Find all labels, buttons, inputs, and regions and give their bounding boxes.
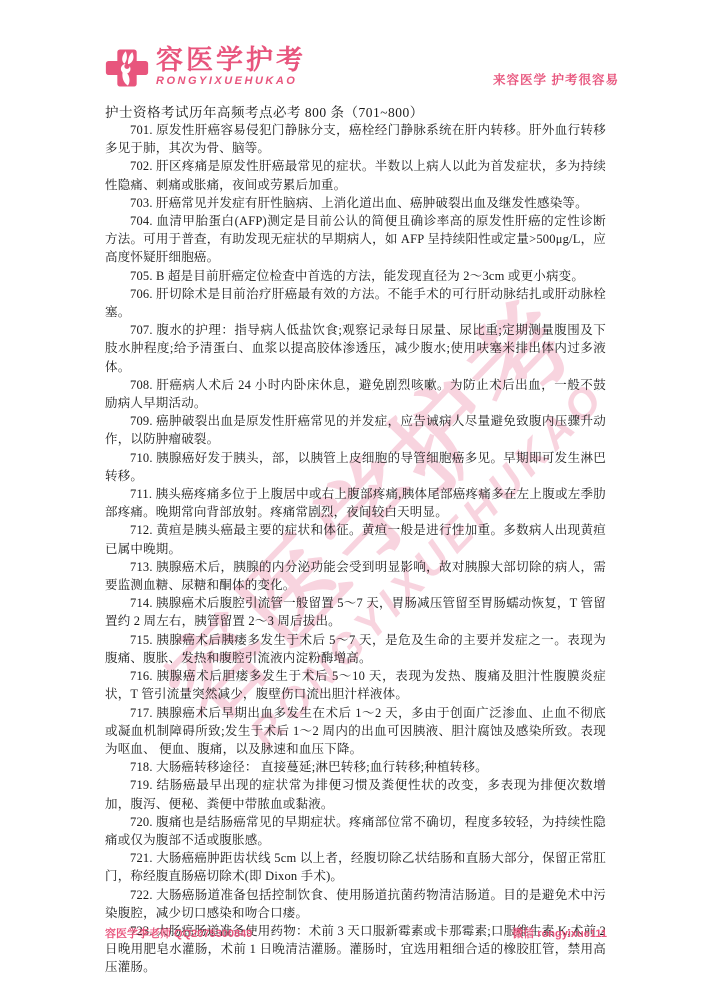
point-number: 717. — [130, 706, 156, 720]
study-point-720: 720. 腹痛也是结肠癌常见的早期症状。疼痛部位常不确切，程度多较轻，为持续性隐… — [105, 813, 606, 849]
header: 容医学护考 RONGYIXUEHUKAO 来容医学 护考很容易 — [105, 46, 619, 90]
study-point-711: 711. 胰头癌疼痛多位于上腹居中或右上腹部疼痛,胰体尾部癌疼痛多在左上腹或左季… — [105, 485, 606, 521]
point-text: 胰腺癌术后胰瘘多发生于术后 5～7 天，是危及生命的主要并发症之一。表现为腹痛、… — [105, 633, 606, 665]
point-number: 718. — [130, 760, 156, 774]
point-text: 腹水的护理：指导病人低盐饮食;观察记录每日尿量、尿比重;定期测量腹围及下肢水肿程… — [105, 323, 606, 373]
point-text: 黄疸是胰头癌最主要的症状和体征。黄疸一般是进行性加重。多数病人出现黄疸已属中晚期… — [105, 523, 606, 555]
study-point-707: 707. 腹水的护理：指导病人低盐饮食;观察记录每日尿量、尿比重;定期测量腹围及… — [105, 321, 606, 376]
point-text: 结肠癌最早出现的症状常为排便习惯及粪便性状的改变，多表现为排便次数增加，腹泻、便… — [105, 778, 606, 810]
study-point-717: 717. 胰腺癌术后早期出血多发生在术后 1～2 天，多由于创面广泛渗血、止血不… — [105, 704, 606, 759]
study-point-701: 701. 原发性肝癌容易侵犯门静脉分支，癌栓经门静脉系统在肝内转移。肝外血行转移… — [105, 121, 606, 157]
point-number: 716. — [130, 669, 157, 683]
point-number: 703. — [130, 196, 156, 210]
point-number: 715. — [130, 633, 156, 647]
point-text: 肝切除术是目前治疗肝癌最有效的方法。不能手术的可行肝动脉结扎或肝动脉栓塞。 — [105, 287, 606, 319]
point-text: 胰腺癌术后早期出血多发生在术后 1～2 天，多由于创面广泛渗血、止血不彻底或凝血… — [105, 706, 606, 756]
study-point-705: 705. B 超是目前肝癌定位检查中首选的方法，能发现直径为 2～3cm 或更小… — [105, 267, 606, 285]
point-number: 702. — [130, 159, 156, 173]
study-point-721: 721. 大肠癌癌肿距齿状线 5cm 以上者，经腹切除乙状结肠和直肠大部分，保留… — [105, 849, 606, 885]
point-number: 714. — [130, 596, 156, 610]
point-text: 腹痛也是结肠癌常见的早期症状。疼痛部位常不确切，程度多较轻，为持续性隐痛或仅为腹… — [105, 815, 606, 847]
point-text: 原发性肝癌容易侵犯门静脉分支，癌栓经门静脉系统在肝内转移。肝外血行转移多见于肺，… — [105, 123, 606, 155]
page-title: 护士资格考试历年高频考点必考 800 条（701~800） — [105, 101, 605, 121]
medical-cross-icon — [105, 46, 149, 90]
point-text: 癌肿破裂出血是原发性肝癌常见的并发症，应告诫病人尽量避免致腹内压骤升动作，以防肿… — [105, 414, 606, 446]
study-point-718: 718. 大肠癌转移途径： 直接蔓延;淋巴转移;血行转移;种植转移。 — [105, 758, 606, 776]
study-point-714: 714. 胰腺癌术后腹腔引流管一般留置 5～7 天，胃肠减压管留至胃肠蠕动恢复，… — [105, 594, 606, 630]
document-page: 容医学护考 RONGYIXUEHUKAO 容医学护考 RONGYIXUEHUKA… — [0, 0, 707, 999]
study-point-722: 722. 大肠癌肠道准备包括控制饮食、使用肠道抗菌药物清洁肠道。目的是避免术中污… — [105, 886, 606, 922]
footer: 容医学李老师 QQ2075300849 微信 rongyixue111 — [105, 925, 607, 941]
point-text: B 超是目前肝癌定位检查中首选的方法，能发现直径为 2～3cm 或更小病变。 — [156, 269, 584, 283]
point-number: 712. — [130, 523, 156, 537]
study-point-719: 719. 结肠癌最早出现的症状常为排便习惯及粪便性状的改变，多表现为排便次数增加… — [105, 776, 606, 812]
point-text: 胰腺癌术后腹腔引流管一般留置 5～7 天，胃肠减压管留至胃肠蠕动恢复，T 管留置… — [105, 596, 606, 628]
point-number: 709. — [130, 414, 156, 428]
point-number: 708. — [130, 378, 156, 392]
point-number: 719. — [130, 778, 157, 792]
study-point-715: 715. 胰腺癌术后胰瘘多发生于术后 5～7 天，是危及生命的主要并发症之一。表… — [105, 631, 606, 667]
point-text: 血清甲胎蛋白(AFP)测定是目前公认的简便且确诊率高的原发性肝癌的定性诊断方法。… — [105, 214, 606, 264]
point-number: 713. — [130, 560, 156, 574]
point-text: 肝癌常见并发症有肝性脑病、上消化道出血、癌肿破裂出血及继发性感染等。 — [156, 196, 588, 210]
point-text: 肝区疼痛是原发性肝癌最常见的症状。半数以上病人以此为首发症状，多为持续性隐痛、刺… — [105, 159, 606, 191]
point-number: 722. — [130, 888, 156, 902]
point-text: 胰腺癌术后，胰腺的内分泌功能会受到明显影响，故对胰腺大部切除的病人，需要监测血糖… — [105, 560, 606, 592]
study-point-710: 710. 胰腺癌好发于胰头，部，以胰管上皮细胞的导管细胞癌多见。早期即可发生淋巴… — [105, 449, 606, 485]
brand-logo: 容医学护考 RONGYIXUEHUKAO — [105, 46, 306, 90]
study-point-708: 708. 肝癌病人术后 24 小时内卧床休息，避免剧烈咳嗽。为防止术后出血，一般… — [105, 376, 606, 412]
study-point-706: 706. 肝切除术是目前治疗肝癌最有效的方法。不能手术的可行肝动脉结扎或肝动脉栓… — [105, 285, 606, 321]
point-number: 705. — [130, 269, 156, 283]
study-point-713: 713. 胰腺癌术后，胰腺的内分泌功能会受到明显影响，故对胰腺大部切除的病人，需… — [105, 558, 606, 594]
point-text: 胰头癌疼痛多位于上腹居中或右上腹部疼痛,胰体尾部癌疼痛多在左上腹或左季肋部疼痛。… — [105, 487, 606, 519]
point-text: 胰腺癌术后胆瘘多发生于术后 5～10 天，表现为发热、腹痛及胆汁性腹膜炎症状，T… — [105, 669, 606, 701]
point-number: 701. — [130, 123, 156, 137]
footer-contact-wechat: 微信 rongyixue111 — [512, 925, 607, 941]
point-number: 707. — [130, 323, 156, 337]
brand-slogan: 来容医学 护考很容易 — [493, 70, 619, 90]
point-number: 720. — [130, 815, 156, 829]
point-text: 大肠癌癌肿距齿状线 5cm 以上者，经腹切除乙状结肠和直肠大部分，保留正常肛门，… — [105, 851, 606, 883]
footer-contact-qq: 容医学李老师 QQ2075300849 — [105, 925, 252, 941]
point-text: 肝癌病人术后 24 小时内卧床休息，避免剧烈咳嗽。为防止术后出血，一般不鼓励病人… — [105, 378, 606, 410]
point-number: 721. — [130, 851, 156, 865]
point-number: 704. — [130, 214, 156, 228]
study-point-716: 716. 胰腺癌术后胆瘘多发生于术后 5～10 天，表现为发热、腹痛及胆汁性腹膜… — [105, 667, 606, 703]
study-point-704: 704. 血清甲胎蛋白(AFP)测定是目前公认的简便且确诊率高的原发性肝癌的定性… — [105, 212, 606, 267]
point-text: 大肠癌转移途径： 直接蔓延;淋巴转移;血行转移;种植转移。 — [156, 760, 488, 774]
point-text: 胰腺癌好发于胰头，部，以胰管上皮细胞的导管细胞癌多见。早期即可发生淋巴转移。 — [105, 451, 606, 483]
study-points-list: 701. 原发性肝癌容易侵犯门静脉分支，癌栓经门静脉系统在肝内转移。肝外血行转移… — [105, 121, 606, 977]
point-text: 大肠癌肠道准备包括控制饮食、使用肠道抗菌药物清洁肠道。目的是避免术中污染腹腔，减… — [105, 888, 606, 920]
point-number: 706. — [130, 287, 156, 301]
brand-name-cn: 容医学护考 — [156, 46, 306, 74]
point-number: 710. — [130, 451, 156, 465]
brand-name-en: RONGYIXUEHUKAO — [156, 75, 306, 87]
study-point-712: 712. 黄疸是胰头癌最主要的症状和体征。黄疸一般是进行性加重。多数病人出现黄疸… — [105, 521, 606, 557]
study-point-702: 702. 肝区疼痛是原发性肝癌最常见的症状。半数以上病人以此为首发症状，多为持续… — [105, 157, 606, 193]
brand-text-block: 容医学护考 RONGYIXUEHUKAO — [156, 46, 306, 87]
study-point-709: 709. 癌肿破裂出血是原发性肝癌常见的并发症，应告诫病人尽量避免致腹内压骤升动… — [105, 412, 606, 448]
study-point-703: 703. 肝癌常见并发症有肝性脑病、上消化道出血、癌肿破裂出血及继发性感染等。 — [105, 194, 606, 212]
point-number: 711. — [130, 487, 156, 501]
